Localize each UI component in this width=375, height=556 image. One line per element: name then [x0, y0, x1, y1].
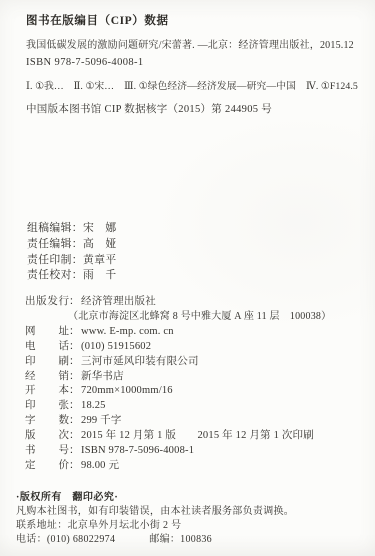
colophon-value: 720mm×1000mm/16 — [81, 385, 173, 396]
copyright-statement: ·版权所有 翻印必究· — [16, 491, 369, 505]
colophon-colon: ： — [69, 295, 81, 310]
colophon-label: 经销 — [25, 370, 69, 385]
staff-label: 责任印制 — [27, 254, 72, 266]
colophon-value: www. E-mp. com. cn — [81, 326, 174, 337]
colophon-label: 版次 — [25, 429, 69, 444]
colophon-value: 2015 年 12 月第 1 版 2015 年 12 月第 1 次印刷 — [81, 430, 314, 441]
staff-label: 责任校对 — [27, 269, 72, 281]
staff-value: 宋 娜 — [83, 222, 117, 234]
exchange-policy-line: 凡购本社图书，如有印装错误，由本社读者服务部负责调换。 — [16, 505, 369, 519]
colophon-colon: ： — [69, 444, 81, 459]
cip-record-number-line: 中国版本图书馆 CIP 数据核字（2015）第 244905 号 — [26, 101, 365, 118]
colophon-row-wordcount: 字数：299 千字 — [25, 414, 369, 429]
colophon-value: ISBN 978-7-5096-4008-1 — [81, 445, 194, 456]
staff-row-print-supervisor: 责任印制：黄章平 — [27, 253, 117, 269]
colophon-value: 经济管理出版社 — [81, 296, 156, 307]
notice-block: ·版权所有 翻印必究· 凡购本社图书，如有印装错误，由本社读者服务部负责调换。 … — [16, 491, 369, 546]
colophon-label: 印刷 — [25, 355, 69, 370]
colophon-row-website: 网址：www. E-mp. com. cn — [25, 325, 369, 340]
colophon-row-distributor: 经销：新华书店 — [25, 370, 369, 385]
colophon-colon: ： — [69, 370, 81, 385]
staff-value: 高 娅 — [83, 238, 117, 250]
colophon-value: 新华书店 — [81, 371, 124, 382]
contact-phone-row: 电话：(010) 68022974 邮编：100836 — [16, 533, 369, 547]
colophon-colon: ： — [69, 459, 81, 474]
colophon-row-edition: 版次：2015 年 12 月第 1 版 2015 年 12 月第 1 次印刷 — [25, 429, 369, 444]
contact-postcode: 邮编：100836 — [149, 533, 212, 547]
publisher-address-line: （北京市海淀区北蜂窝 8 号中雅大厦 A 座 11 层 100038） — [25, 310, 369, 325]
colophon-row-phone: 电话：(010) 51915602 — [25, 340, 369, 355]
colophon-colon: ： — [69, 399, 81, 414]
staff-row-proofreader: 责任校对：雨 千 — [27, 268, 117, 284]
colophon-value: 18.25 — [81, 400, 106, 411]
staff-row-acquisition-editor: 组稿编辑：宋 娜 — [27, 221, 117, 237]
cip-classification-line: Ⅰ. ①我… Ⅱ. ①宋… Ⅲ. ①绿色经济—经济发展—研究—中国 Ⅳ. ①F1… — [26, 78, 365, 95]
cip-title-line: 我国低碳发展的激励问题研究/宋蕾著. —北京：经济管理出版社，2015.12 — [26, 37, 365, 54]
staff-block: 组稿编辑：宋 娜 责任编辑：高 娅 责任印制：黄章平 责任校对：雨 千 — [27, 221, 117, 284]
colophon-row-printer: 印刷：三河市延风印装有限公司 — [25, 355, 369, 370]
colophon-value: 299 千字 — [81, 415, 122, 426]
colophon-colon: ： — [69, 429, 81, 444]
copyright-page: 图书在版编目（CIP）数据 我国低碳发展的激励问题研究/宋蕾著. —北京：经济管… — [0, 0, 375, 556]
staff-label: 组稿编辑 — [27, 222, 72, 234]
contact-address-line: 联系地址：北京阜外月坛北小街 2 号 — [16, 519, 369, 533]
colophon-label: 出版发行 — [25, 295, 69, 310]
colophon-row-publisher: 出版发行：经济管理出版社 — [25, 295, 369, 310]
colophon-label: 开本 — [25, 384, 69, 399]
colophon-row-sheets: 印张：18.25 — [25, 399, 369, 414]
contact-phone: 电话：(010) 68022974 — [16, 533, 115, 547]
staff-row-responsible-editor: 责任编辑：高 娅 — [27, 237, 117, 253]
colophon-value: 三河市延风印装有限公司 — [81, 356, 199, 367]
colophon-label: 印张 — [25, 399, 69, 414]
staff-value: 黄章平 — [83, 254, 117, 266]
colophon-block: 出版发行：经济管理出版社 （北京市海淀区北蜂窝 8 号中雅大厦 A 座 11 层… — [25, 295, 369, 474]
cip-block: 图书在版编目（CIP）数据 我国低碳发展的激励问题研究/宋蕾著. —北京：经济管… — [26, 13, 365, 118]
colophon-label: 定价 — [25, 459, 69, 474]
colophon-colon: ： — [69, 325, 81, 340]
colophon-label: 字数 — [25, 414, 69, 429]
staff-value: 雨 千 — [83, 269, 117, 281]
colophon-label: 电话 — [25, 340, 69, 355]
colophon-row-isbn: 书号：ISBN 978-7-5096-4008-1 — [25, 444, 369, 459]
colophon-colon: ： — [69, 414, 81, 429]
colophon-label: 网址 — [25, 325, 69, 340]
colophon-colon: ： — [69, 384, 81, 399]
staff-label: 责任编辑 — [27, 238, 72, 250]
colophon-colon: ： — [69, 340, 81, 355]
cip-header: 图书在版编目（CIP）数据 — [26, 13, 365, 30]
colophon-label: 书号 — [25, 444, 69, 459]
colophon-value: 98.00 元 — [81, 460, 119, 471]
colophon-row-format: 开本：720mm×1000mm/16 — [25, 384, 369, 399]
colophon-colon: ： — [69, 355, 81, 370]
colophon-value: (010) 51915602 — [81, 341, 151, 352]
colophon-row-price: 定价：98.00 元 — [25, 459, 369, 474]
cip-isbn-line: ISBN 978-7-5096-4008-1 — [26, 54, 365, 71]
